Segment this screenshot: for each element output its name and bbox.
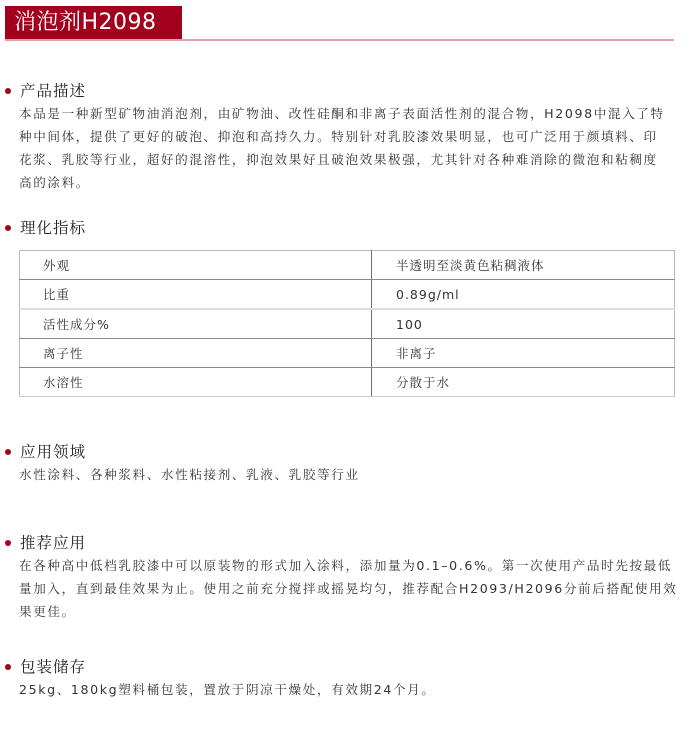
heading-text: 推荐应用 [20,534,86,552]
section-heading: 应用领域 [0,441,689,463]
text-line: 果更佳。 [19,600,681,623]
heading-text: 包装储存 [20,658,86,676]
text-line: 花浆、乳胶等行业，超好的混溶性，抑泡效果好且破泡效果极强，尤其针对各种难消除的微… [19,148,681,171]
section-heading: 产品描述 [0,80,689,102]
text-line: 25kg、180kg塑料桶包装，置放于阴凉干燥处，有效期24个月。 [19,678,681,701]
property-value: 0.89g/ml [372,280,675,310]
bullet-dot-icon [5,449,11,455]
bullet-dot-icon [5,540,11,546]
section-description: 产品描述 本品是一种新型矿物油消泡剂，由矿物油、改性硅酮和非离子表面活性剂的混合… [0,80,689,194]
text-line: 在各种高中低档乳胶漆中可以原装物的形式加入涂料，添加量为0.1–0.6%。第一次… [19,554,681,577]
property-name: 外观 [20,251,372,280]
bullet-dot-icon [5,664,11,670]
section-heading: 理化指标 [0,217,689,239]
property-name: 比重 [20,280,372,310]
text-line: 水性涂料、各种浆料、水性粘接剂、乳液、乳胶等行业 [19,463,681,486]
section-recommended: 推荐应用 在各种高中低档乳胶漆中可以原装物的形式加入涂料，添加量为0.1–0.6… [0,532,689,623]
description-text: 本品是一种新型矿物油消泡剂，由矿物油、改性硅酮和非离子表面活性剂的混合物，H20… [19,102,681,194]
heading-text: 理化指标 [20,219,86,237]
text-line: 量加入，直到最佳效果为止。使用之前充分搅拌或摇晃均匀，推荐配合H2093/H20… [19,577,681,600]
section-applications: 应用领域 水性涂料、各种浆料、水性粘接剂、乳液、乳胶等行业 [0,441,689,486]
bullet-dot-icon [5,225,11,231]
table-row: 活性成分% 100 [20,309,675,339]
text-line: 本品是一种新型矿物油消泡剂，由矿物油、改性硅酮和非离子表面活性剂的混合物，H20… [19,102,681,125]
table-row: 离子性 非离子 [20,339,675,368]
section-heading: 包装储存 [0,656,689,678]
title-divider [5,39,674,41]
property-value: 半透明至淡黄色粘稠液体 [372,251,675,280]
property-value: 非离子 [372,339,675,368]
table-row: 外观 半透明至淡黄色粘稠液体 [20,251,675,280]
text-line: 种中间体，提供了更好的破泡、抑泡和高持久力。特别针对乳胶漆效果明显，也可广泛用于… [19,125,681,148]
heading-text: 应用领域 [20,443,86,461]
property-name: 离子性 [20,339,372,368]
property-value: 分散于水 [372,368,675,397]
property-value: 100 [372,309,675,339]
text-line: 高的涂料。 [19,171,681,194]
applications-text: 水性涂料、各种浆料、水性粘接剂、乳液、乳胶等行业 [19,463,681,486]
table-row: 水溶性 分散于水 [20,368,675,397]
section-packaging: 包装储存 25kg、180kg塑料桶包装，置放于阴凉干燥处，有效期24个月。 [0,656,689,701]
property-name: 水溶性 [20,368,372,397]
product-title: 消泡剂H2098 [5,6,182,40]
property-name: 活性成分% [20,309,372,339]
table-row: 比重 0.89g/ml [20,280,675,310]
packaging-text: 25kg、180kg塑料桶包装，置放于阴凉干燥处，有效期24个月。 [19,678,681,701]
properties-table: 外观 半透明至淡黄色粘稠液体 比重 0.89g/ml 活性成分% 100 离子性… [19,250,675,397]
section-properties: 理化指标 [0,217,689,239]
bullet-dot-icon [5,88,11,94]
section-heading: 推荐应用 [0,532,689,554]
heading-text: 产品描述 [20,82,86,100]
recommended-text: 在各种高中低档乳胶漆中可以原装物的形式加入涂料，添加量为0.1–0.6%。第一次… [19,554,681,623]
